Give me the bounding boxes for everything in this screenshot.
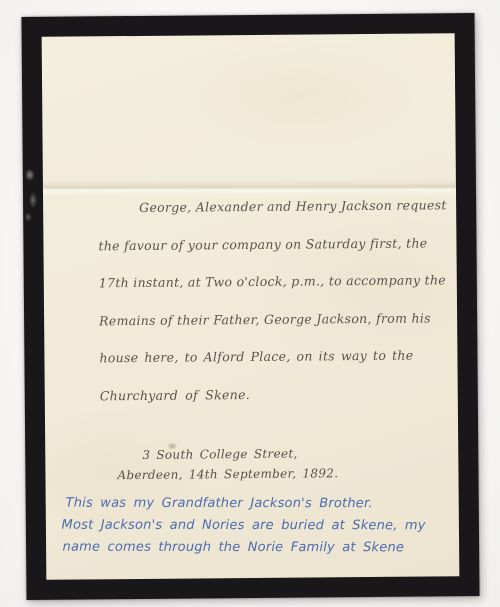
scanned-document-page: George, Alexander and Henry Jackson requ… bbox=[0, 0, 500, 607]
handwritten-line: This was my Grandfather Jackson's Brothe… bbox=[62, 493, 462, 516]
handwritten-annotation: This was my Grandfather Jackson's Brothe… bbox=[62, 493, 462, 560]
handwritten-line: Most Jackson's and Nories are buried at … bbox=[62, 515, 462, 538]
invitation-line: George, Alexander and Henry Jackson requ… bbox=[98, 187, 412, 227]
border-wear-mark bbox=[22, 163, 43, 223]
invitation-line: the favour of your company on Saturday f… bbox=[98, 224, 412, 264]
card-paper: George, Alexander and Henry Jackson requ… bbox=[42, 33, 460, 580]
invitation-text-block: George, Alexander and Henry Jackson requ… bbox=[98, 187, 414, 415]
address-city-date: Aberdeen, 14th September, 1892. bbox=[117, 466, 338, 482]
invitation-line: 17th instant, at Two o'clock, p.m., to a… bbox=[99, 262, 413, 302]
invitation-line: Churchyard of Skene. bbox=[100, 374, 414, 414]
handwritten-line: name comes through the Norie Family at S… bbox=[62, 537, 462, 560]
invitation-line: house here, to Alford Place, on its way … bbox=[99, 337, 413, 377]
address-street: 3 South College Street, bbox=[142, 447, 297, 462]
invitation-line: Remains of their Father, George Jackson,… bbox=[99, 299, 413, 339]
mourning-card-black-border: George, Alexander and Henry Jackson requ… bbox=[21, 13, 479, 600]
